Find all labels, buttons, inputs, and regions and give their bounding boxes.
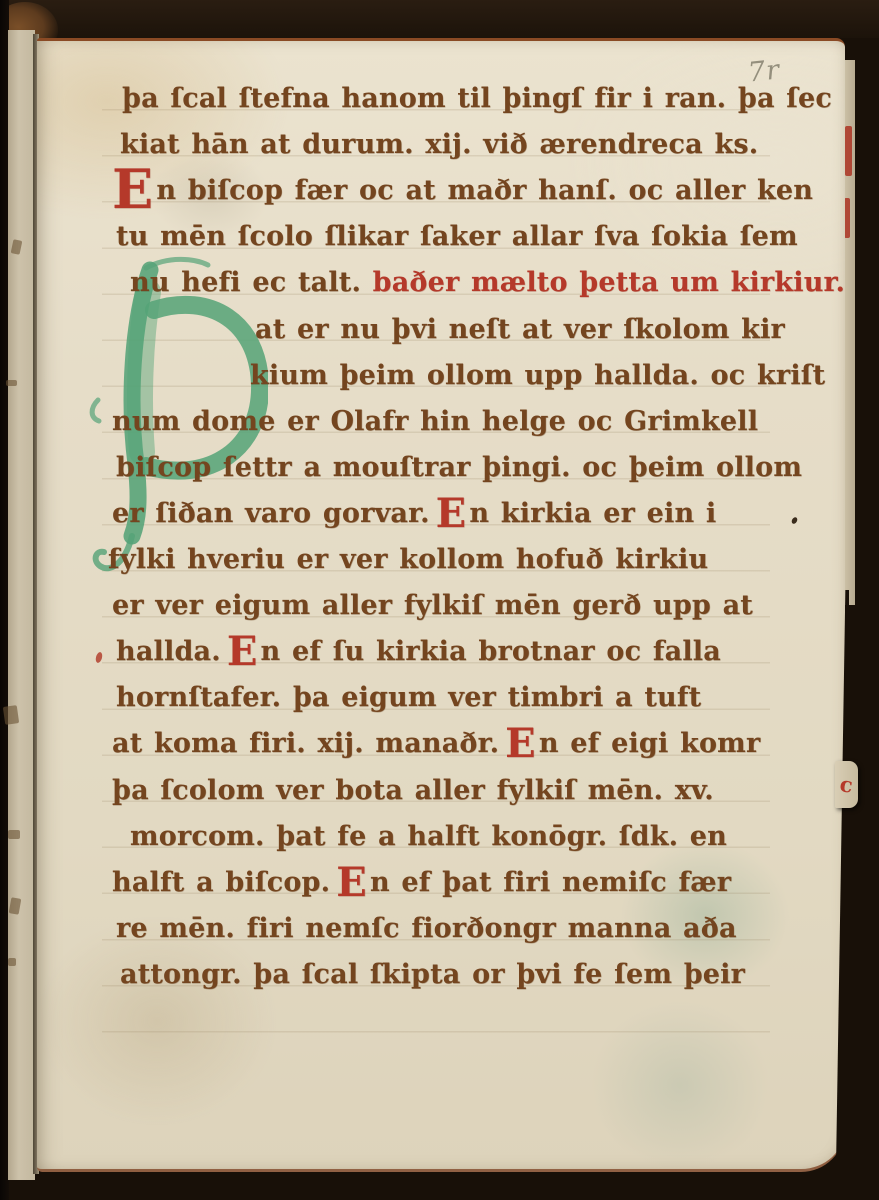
manuscript-line: biſcop ſettr a mouſtrar þingi. oc þeim o… — [116, 445, 802, 491]
text-segment: kiat hān at durum. xij. við ærendreca ks… — [120, 129, 758, 160]
text-segment-red-inline: E — [505, 720, 536, 767]
manuscript-line: er ſiðan varo gorvar.En kirkia er ein i — [112, 491, 716, 537]
text-segment: num dome er Olafr hin helge oc Grimkell — [112, 406, 758, 437]
text-segment: n ef ſu kirkia brotnar oc falla — [261, 636, 721, 667]
index-tab-letter: c — [838, 771, 854, 798]
index-tab: c — [835, 761, 858, 808]
text-segment: n ef eigi komr — [539, 728, 761, 759]
text-segment-red: baðer mælto þetta um kirkiur. — [373, 267, 845, 298]
manuscript-line: nu hefi ec talt. baðer mælto þetta um ki… — [130, 260, 845, 306]
manuscript-line: hornſtafer. þa eigum ver timbri a tuft — [116, 675, 701, 721]
text-segment: er ſiðan varo gorvar. — [112, 498, 430, 529]
text-segment: at koma firi. xij. manaðr. — [112, 728, 499, 759]
text-segment: tu mēn ſcolo ſlikar ſaker allar ſva ſoki… — [116, 221, 798, 252]
manuscript-line: kium þeim ollom upp hallda. oc kriſt — [250, 353, 825, 399]
manuscript-line: kiat hān at durum. xij. við ærendreca ks… — [120, 122, 758, 168]
text-segment-red-initial: E — [112, 157, 153, 221]
text-segment: kium þeim ollom upp hallda. oc kriſt — [250, 360, 825, 391]
manuscript-line: fylki hveriu er ver kollom hofuð kirkiu — [108, 537, 708, 583]
manuscript-line: halft a biſcop.En ef þat firi nemiſc fær — [112, 860, 731, 906]
text-segment: þa ſcolom ver bota aller fylkiſ mēn. xv. — [112, 775, 714, 806]
manuscript-line: at koma firi. xij. manaðr.En ef eigi kom… — [112, 721, 760, 767]
text-segment: attongr. þa ſcal ſkipta or þvi fe ſem þe… — [120, 959, 745, 990]
text-segment-red-inline: E — [436, 490, 467, 537]
text-segment: nu hefi ec talt. — [130, 267, 373, 298]
manuscript-line: þa ſcal ſtefna hanom til þingſ fir i ran… — [122, 76, 832, 122]
manuscript-text: þa ſcal ſtefna hanom til þingſ fir i ran… — [0, 0, 879, 1200]
manuscript-line: at er nu þvi neſt at ver ſkolom kir — [255, 307, 785, 353]
manuscript-line: er ver eigum aller fylkiſ mēn gerð upp a… — [112, 583, 753, 629]
manuscript-line: hallda.En ef ſu kirkia brotnar oc falla — [116, 629, 721, 675]
manuscript-photo: { "meta": { "folio_number": "7r" }, "col… — [0, 0, 879, 1200]
text-segment: at er nu þvi neſt at ver ſkolom kir — [255, 314, 785, 345]
text-segment: er ver eigum aller fylkiſ mēn gerð upp a… — [112, 590, 753, 621]
manuscript-line: re mēn. firi nemſc fiorðongr manna aða — [116, 906, 737, 952]
manuscript-line: En biſcop fær oc at maðr hanſ. oc aller … — [112, 168, 813, 214]
text-segment-red-inline: E — [336, 859, 367, 906]
manuscript-line: þa ſcolom ver bota aller fylkiſ mēn. xv. — [112, 768, 714, 814]
text-segment: re mēn. firi nemſc fiorðongr manna aða — [116, 913, 737, 944]
manuscript-line: tu mēn ſcolo ſlikar ſaker allar ſva ſoki… — [116, 214, 798, 260]
text-segment: n ef þat firi nemiſc fær — [370, 867, 731, 898]
text-segment: hallda. — [116, 636, 221, 667]
text-segment: hornſtafer. þa eigum ver timbri a tuft — [116, 682, 701, 713]
manuscript-line: morcom. þat fe a halft konōgr. ſdk. en — [130, 814, 727, 860]
text-segment: biſcop ſettr a mouſtrar þingi. oc þeim o… — [116, 452, 802, 483]
text-segment: morcom. þat fe a halft konōgr. ſdk. en — [130, 821, 727, 852]
text-segment: halft a biſcop. — [112, 867, 330, 898]
manuscript-line: num dome er Olafr hin helge oc Grimkell — [112, 399, 758, 445]
text-segment: n biſcop fær oc at maðr hanſ. oc aller k… — [156, 175, 813, 206]
text-segment: n kirkia er ein i — [469, 498, 716, 529]
text-segment: þa ſcal ſtefna hanom til þingſ fir i ran… — [122, 83, 832, 114]
text-segment: fylki hveriu er ver kollom hofuð kirkiu — [108, 544, 708, 575]
text-segment-red-inline: E — [227, 628, 258, 675]
manuscript-line: attongr. þa ſcal ſkipta or þvi fe ſem þe… — [120, 952, 745, 998]
